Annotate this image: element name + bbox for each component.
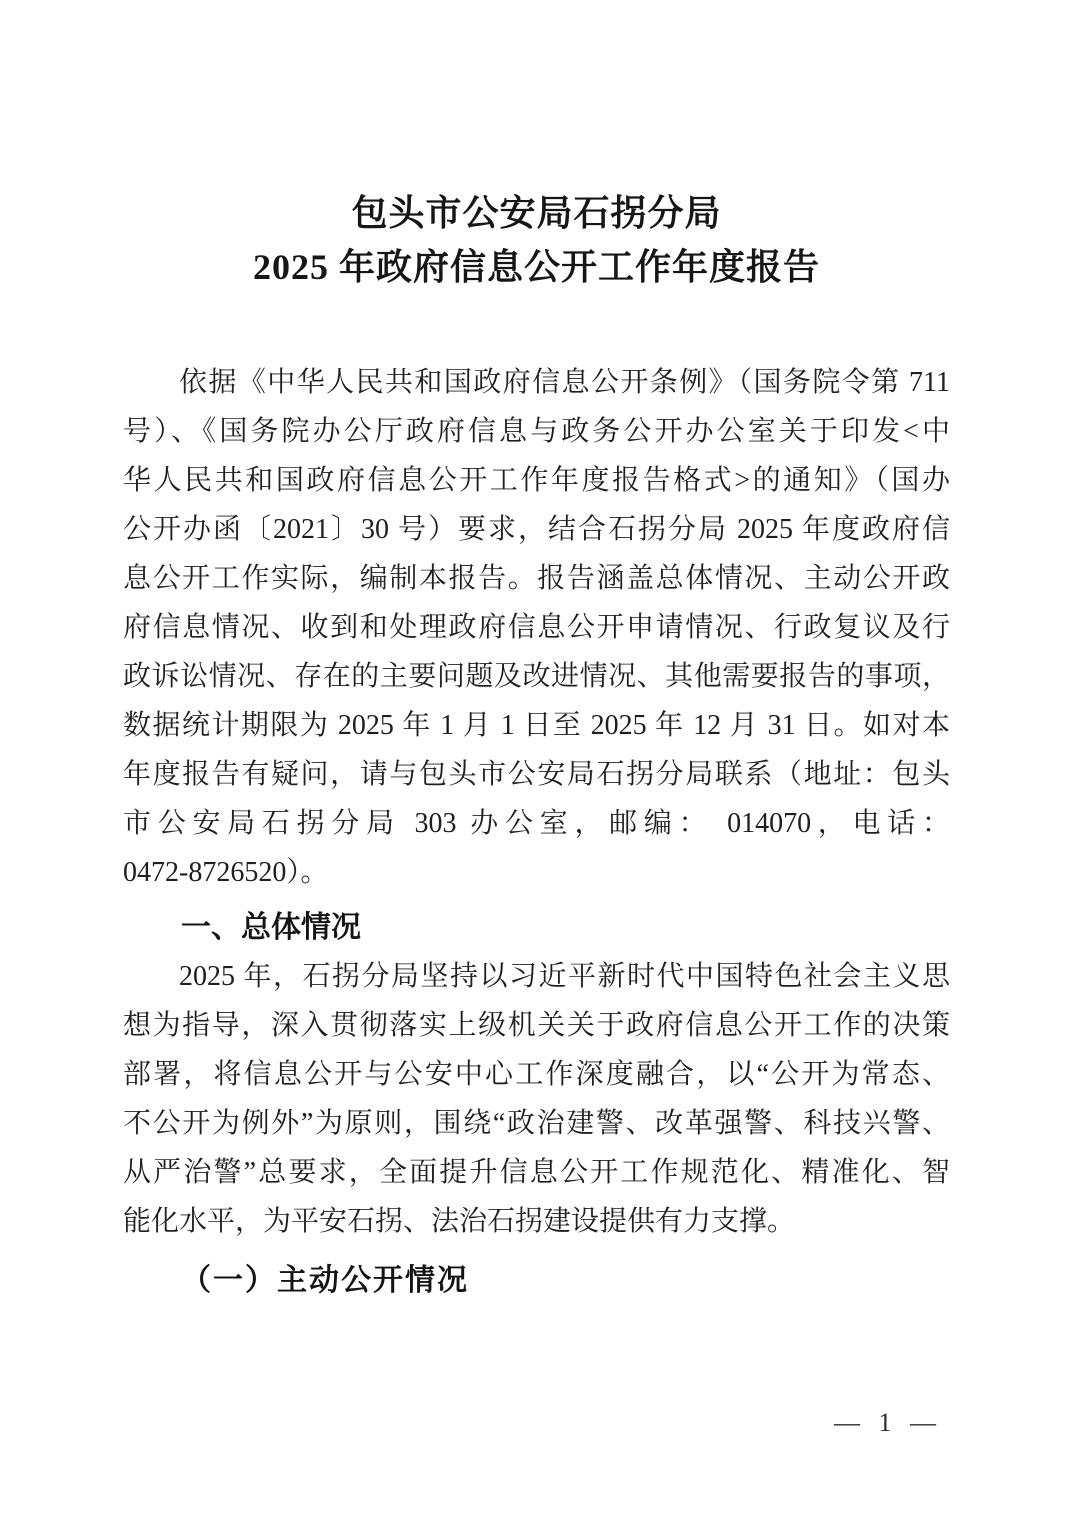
text-line: 年度报告有疑问，请与包头市公安局石拐分局联系（地址：包头 xyxy=(123,750,950,799)
text-line: 依据《中华人民共和国政府信息公开条例》（国务院令第 711 xyxy=(123,358,950,407)
text-line: 不公开为例外”为原则，围绕“政治建警、改革强警、科技兴警、 xyxy=(123,1099,950,1148)
intro-paragraph: 依据《中华人民共和国政府信息公开条例》（国务院令第 711 号）、《国务院办公厅… xyxy=(123,358,950,897)
text-line: 从严治警”总要求，全面提升信息公开工作规范化、精准化、智 xyxy=(123,1148,950,1197)
text-line: 0472-8726520）。 xyxy=(123,848,950,897)
text-line: 想为指导，深入贯彻落实上级机关关于政府信息公开工作的决策 xyxy=(123,1001,950,1050)
text-line: 华人民共和国政府信息公开工作年度报告格式>的通知》（国办 xyxy=(123,456,950,505)
subsection-heading-proactive-disclosure: （一）主动公开情况 xyxy=(123,1256,950,1305)
section-heading-overall-situation: 一、总体情况 xyxy=(123,903,950,952)
title-line-1: 包头市公安局石拐分局 xyxy=(123,186,950,240)
text-line: 政诉讼情况、存在的主要问题及改进情况、其他需要报告的事项， xyxy=(123,652,950,701)
document-page: 包头市公安局石拐分局 2025 年政府信息公开工作年度报告 依据《中华人民共和国… xyxy=(0,0,1074,1520)
text-line: 息公开工作实际，编制本报告。报告涵盖总体情况、主动公开政 xyxy=(123,554,950,603)
text-line: 府信息情况、收到和处理政府信息公开申请情况、行政复议及行 xyxy=(123,603,950,652)
text-line: 能化水平，为平安石拐、法治石拐建设提供有力支撑。 xyxy=(123,1197,950,1246)
text-line: 数据统计期限为 2025 年 1 月 1 日至 2025 年 12 月 31 日… xyxy=(123,701,950,750)
title-line-2: 2025 年政府信息公开工作年度报告 xyxy=(123,240,950,294)
document-body: 依据《中华人民共和国政府信息公开条例》（国务院令第 711 号）、《国务院办公厅… xyxy=(123,358,950,1305)
document-content: 包头市公安局石拐分局 2025 年政府信息公开工作年度报告 依据《中华人民共和国… xyxy=(123,0,950,1305)
text-line: 公开办函〔2021〕30 号）要求，结合石拐分局 2025 年度政府信 xyxy=(123,505,950,554)
document-title: 包头市公安局石拐分局 2025 年政府信息公开工作年度报告 xyxy=(123,186,950,294)
overall-situation-paragraph: 2025 年，石拐分局坚持以习近平新时代中国特色社会主义思 想为指导，深入贯彻落… xyxy=(123,952,950,1246)
text-line: 市公安局石拐分局 303 办公室，邮编： 014070，电话： xyxy=(123,799,950,848)
page-number: — 1 — xyxy=(834,1406,942,1440)
text-line: 部署，将信息公开与公安中心工作深度融合，以“公开为常态、 xyxy=(123,1050,950,1099)
text-line: 2025 年，石拐分局坚持以习近平新时代中国特色社会主义思 xyxy=(123,952,950,1001)
text-line: 号）、《国务院办公厅政府信息与政务公开办公室关于印发<中 xyxy=(123,407,950,456)
